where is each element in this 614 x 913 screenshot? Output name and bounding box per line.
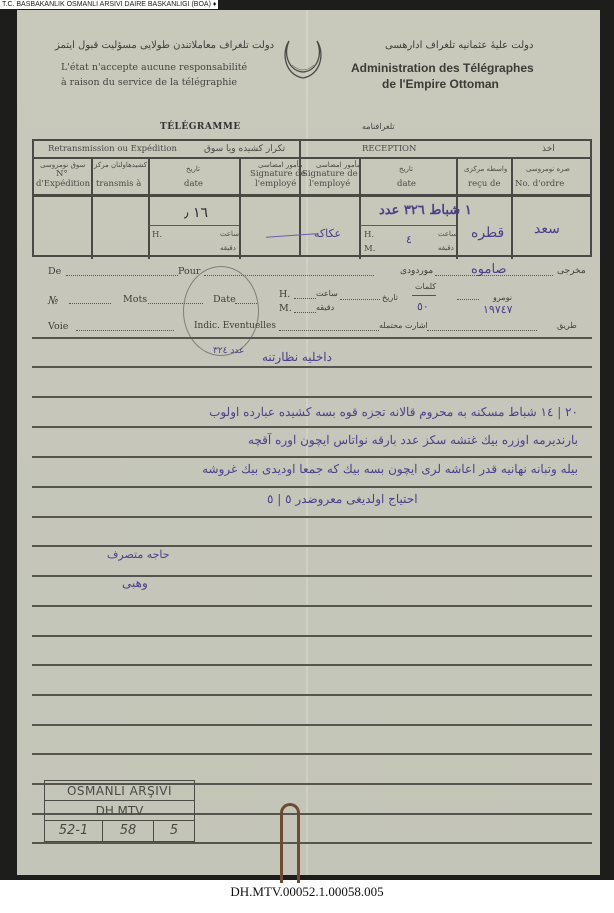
grid-col-divider <box>359 158 361 259</box>
form-title: TÉLÉGRAMME <box>160 122 241 132</box>
mahreci-label: مخرجى <box>557 266 586 276</box>
message-rule <box>32 426 592 428</box>
mots-field[interactable] <box>148 303 203 304</box>
indic-label: Indic. Eventuelles <box>194 321 276 331</box>
archive-sira: 5 <box>154 821 194 841</box>
grid-col-divider <box>239 158 241 259</box>
exp-hour-label: H. <box>152 230 162 240</box>
ottoman-admin-title: دولت عليهٔ عثمانيه تلغراف ادارهسى <box>385 40 533 51</box>
mahreci-handwritten: صاموه <box>471 262 507 277</box>
ottoman-disclaimer: دولت تلغراف معاملاتندن طولايى مسؤليت قبو… <box>55 40 274 51</box>
message-rule <box>32 516 592 518</box>
numero-ar-label: نومرو <box>493 293 512 302</box>
de-field[interactable] <box>66 275 178 276</box>
numero-label: № <box>48 294 58 307</box>
numero-field[interactable] <box>69 303 111 304</box>
archive-gomlek: 58 <box>103 821 154 841</box>
exp-dakika-label: دقيقه <box>220 244 236 252</box>
rec-saat-label: ساعت <box>438 230 457 238</box>
grid-col-divider <box>91 158 93 259</box>
sender-title: حاجه متصرف <box>107 548 170 561</box>
minute-field[interactable] <box>294 312 316 313</box>
admin-title-line1: Administration des Télégraphes <box>351 61 534 75</box>
crescent-icon <box>279 35 327 83</box>
message-rule <box>32 635 592 637</box>
message-rule <box>32 396 592 398</box>
rec-signature-handwritten: عكاكه <box>314 227 341 240</box>
tarik-label: طريق <box>557 321 577 330</box>
message-addressee: داخليه نظارتنه <box>262 350 332 364</box>
kelimat-handwritten: ٥٠ <box>417 300 429 313</box>
isaret-label: اشارت محتمله <box>379 321 428 330</box>
voie-field[interactable] <box>76 330 174 331</box>
rec-date-handwritten: ١ شباط ٣٢٦ عدد <box>379 203 472 218</box>
message-rule <box>32 575 592 577</box>
exp-saat-label: ساعت <box>220 230 239 238</box>
grid-col-divider <box>511 158 513 259</box>
message-line-4: احتياج اولديغى معروضدر ٥ | ٥ <box>267 492 418 506</box>
signature-stroke <box>266 233 316 237</box>
rec-dakika-label: دقيقه <box>438 244 454 252</box>
telegram-form: دولت تلغراف معاملاتندن طولايى مسؤليت قبو… <box>17 10 600 875</box>
message-rule <box>32 842 592 844</box>
sender-signature: وهبى <box>122 576 148 590</box>
admin-title-line2: de l'Empire Ottoman <box>382 77 499 91</box>
numero-ar-field[interactable] <box>457 299 479 300</box>
recu-de-handwritten: قطره <box>471 225 504 241</box>
grid-divider <box>34 196 590 197</box>
date-label: Date <box>213 294 236 305</box>
saat-label: ساعت <box>316 289 338 298</box>
postmark-stamp <box>183 266 259 356</box>
message-line-2: بارنديرمه اوزره بيك غتشه سكز عدد بارقه ن… <box>53 433 578 447</box>
retransmission-label-ottoman: تكرار كشيده ويا سوق <box>204 144 285 154</box>
exp-date-handwritten: ١٦ ٫ <box>184 205 208 221</box>
message-rule <box>32 456 592 458</box>
date-subdivider <box>360 225 456 226</box>
tarik-field[interactable] <box>427 330 537 331</box>
retransmission-label: Retransmission ou Expédition <box>48 144 177 154</box>
mots-label: Mots <box>123 294 147 305</box>
section-divider <box>32 337 592 339</box>
archive-fund: DH.MTV <box>45 801 194 821</box>
de-label: De <box>48 266 61 277</box>
date-field[interactable] <box>235 303 257 304</box>
message-rule <box>32 605 592 607</box>
reception-label: RECEPTION <box>362 144 416 154</box>
message-rule <box>32 545 592 547</box>
grid-divider <box>34 157 590 159</box>
message-line-3: بيله وتبانه نهانيه قدر اعاشه لرى ايچون ب… <box>53 462 578 476</box>
no-ordre-handwritten: سعد <box>534 221 560 237</box>
pour-label: Pour <box>178 266 200 277</box>
kelimat-divider <box>412 295 436 296</box>
message-addressee-note: عدد ٣٢٤ <box>213 346 244 356</box>
archive-dossier: 52-1 <box>45 821 103 841</box>
date-subdivider <box>149 225 239 226</box>
hour-label: H. <box>279 289 290 300</box>
dakika-label: دقيقه <box>316 303 334 312</box>
archive-reference-stamp: OSMANLI ARŞİVİ DH.MTV 52-1 58 5 <box>44 780 195 842</box>
rec-hour-label: H. <box>364 230 374 240</box>
numero-handwritten: ١٩٧٤٧ <box>483 303 513 316</box>
tarih-field[interactable] <box>340 299 380 300</box>
transmission-grid: Retransmission ou Expédition تكرار كشيده… <box>32 139 592 257</box>
paper-clip <box>280 803 300 883</box>
pour-field[interactable] <box>204 275 374 276</box>
message-rule <box>32 366 592 368</box>
archive-title: OSMANLI ARŞİVİ <box>45 781 194 801</box>
document-reference-caption: DH.MTV.00052.1.00058.005 <box>0 884 614 900</box>
grid-col-divider <box>148 158 150 259</box>
rec-minute-label: M. <box>364 244 375 254</box>
grid-section-divider <box>299 141 301 255</box>
message-rule <box>32 694 592 696</box>
message-rule <box>32 724 592 726</box>
message-rule <box>32 753 592 755</box>
archive-watermark: T.C. BASBAKANLIK OSMANLI ARSIVI DAIRE BA… <box>0 0 218 9</box>
mevrudu-label: موردودى <box>400 266 433 276</box>
voie-label: Voie <box>48 321 68 332</box>
french-disclaimer-line1: L'état n'accepte aucune responsabilité <box>61 62 247 73</box>
message-rule <box>32 486 592 488</box>
indic-field[interactable] <box>279 330 379 331</box>
minute-label: M. <box>279 303 292 314</box>
form-title-ottoman: تلغرافنامه <box>362 122 395 131</box>
reception-label-ottoman: اخذ <box>542 144 555 154</box>
message-line-1: ٢٠ | ١٤ شباط مسكنه به محروم قالانه تجزه … <box>53 405 578 419</box>
kelimat-label: كلمات <box>415 282 436 291</box>
message-rule <box>32 664 592 666</box>
hour-field[interactable] <box>294 298 316 299</box>
rec-hour-handwritten: ٤ <box>406 233 412 246</box>
french-disclaimer-line2: à raison du service de la télégraphie <box>61 77 237 88</box>
tarih-label: تاريخ <box>382 293 398 302</box>
